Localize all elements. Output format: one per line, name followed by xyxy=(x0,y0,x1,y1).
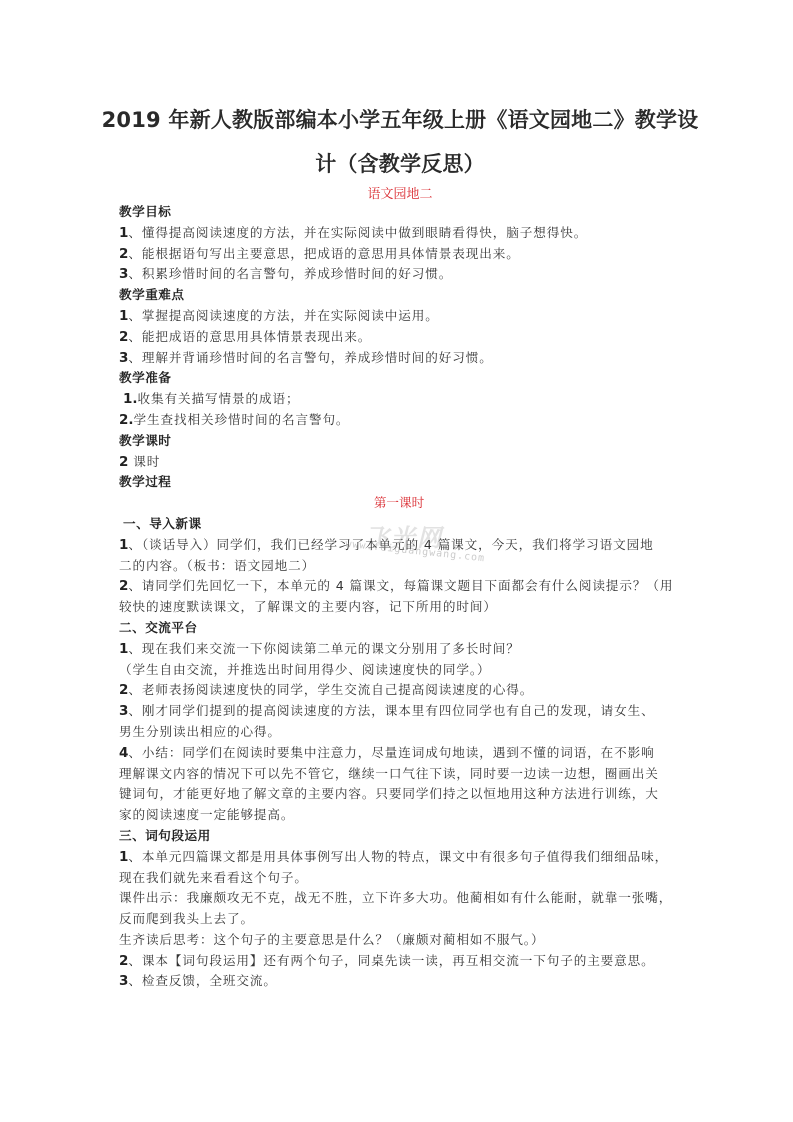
section-heading-goals: 教学目标 xyxy=(119,202,679,223)
paragraph-text: 、课本【词句段运用】还有两个句子，同桌先读一读，再互相交流一下句子的主要意思。 xyxy=(128,953,654,968)
item-number: 2. xyxy=(119,412,134,428)
part-heading-exchange: 二、交流平台 xyxy=(119,618,679,639)
paragraph-text: 、刚才同学们提到的提高阅读速度的方法，课本里有四位同学也有自己的发现，请女生、 xyxy=(128,703,654,718)
section-heading-key-points: 教学重难点 xyxy=(119,285,679,306)
item-number: 1 xyxy=(119,849,128,865)
goal-item: 1、懂得提高阅读速度的方法，并在实际阅读中做到眼睛看得快，脑子想得快。 xyxy=(119,223,679,244)
item-number: 2 xyxy=(119,578,128,594)
key-point-item: 2、能把成语的意思用具体情景表现出来。 xyxy=(119,327,679,348)
item-number: 3 xyxy=(119,703,128,719)
part-heading-intro: 一、导入新课 xyxy=(119,514,679,535)
section-heading-preparation: 教学准备 xyxy=(119,368,679,389)
periods-value: 2 课时 xyxy=(119,452,679,473)
section-heading-periods: 教学课时 xyxy=(119,431,679,452)
document-page: 2019 年新人教版部编本小学五年级上册《语文园地二》教学设 计（含教学反思） … xyxy=(0,0,793,1122)
preparation-item: 2.学生查找相关珍惜时间的名言警句。 xyxy=(119,410,679,431)
paragraph-line: 反而爬到我头上去了。 xyxy=(119,909,679,930)
item-number: 3 xyxy=(119,350,128,366)
goal-item: 3、积累珍惜时间的名言警句，养成珍惜时间的好习惯。 xyxy=(119,264,679,285)
periods-unit: 课时 xyxy=(128,454,160,469)
paragraph-text: 、现在我们来交流一下你阅读第二单元的课文分别用了多长时间？ xyxy=(128,641,519,656)
item-number: 2 xyxy=(119,329,128,345)
item-text: 、积累珍惜时间的名言警句，养成珍惜时间的好习惯。 xyxy=(128,266,452,281)
item-number: 3 xyxy=(119,973,128,989)
paragraph-text: 、检查反馈，全班交流。 xyxy=(128,973,276,988)
paragraph-line: 1、本单元四篇课文都是用具体事例写出人物的特点，课文中有很多句子值得我们细细品味… xyxy=(119,847,679,868)
paragraph-line: 4、小结：同学们在阅读时要集中注意力，尽量连词成句地读，遇到不懂的词语，在不影响 xyxy=(119,743,679,764)
paragraph-line: 理解课文内容的情况下可以先不管它，继续一口气往下读，同时要一边读一边想，圈画出关 xyxy=(119,764,679,785)
goal-item: 2、能根据语句写出主要意思，把成语的意思用具体情景表现出来。 xyxy=(119,244,679,265)
document-subtitle: 语文园地二 xyxy=(100,183,700,202)
paragraph-line: 2、课本【词句段运用】还有两个句子，同桌先读一读，再互相交流一下句子的主要意思。 xyxy=(119,951,679,972)
paragraph-line: 键词句，才能更好地了解文章的主要内容。只要同学们持之以恒地用这种方法进行训练，大 xyxy=(119,784,679,805)
paragraph-line: 3、检查反馈，全班交流。 xyxy=(119,971,679,992)
paragraph-text: 、老师表扬阅读速度快的同学，学生交流自己提高阅读速度的心得。 xyxy=(128,682,533,697)
item-text: 、掌握提高阅读速度的方法，并在实际阅读中运用。 xyxy=(128,308,438,323)
item-text: 、理解并背诵珍惜时间的名言警句，养成珍惜时间的好习惯。 xyxy=(128,350,492,365)
paragraph-text: 、本单元四篇课文都是用具体事例写出人物的特点，课文中有很多句子值得我们细细品味， xyxy=(128,849,668,864)
item-number: 3 xyxy=(119,266,128,282)
paragraph-line: （学生自由交流，并推选出时间用得少、阅读速度快的同学。） xyxy=(119,660,679,681)
paragraph-line: 2、老师表扬阅读速度快的同学，学生交流自己提高阅读速度的心得。 xyxy=(119,680,679,701)
item-number: 1 xyxy=(119,308,128,324)
item-number: 4 xyxy=(119,745,128,761)
paragraph-line: 较快的速度默读课文，了解课文的主要内容，记下所用的时间） xyxy=(119,597,679,618)
item-number: 1 xyxy=(119,641,128,657)
lesson-title: 第一课时 xyxy=(119,493,679,514)
item-text: 收集有关描写情景的成语； xyxy=(138,391,300,406)
paragraph-text: 、请同学们先回忆一下，本单元的 4 篇课文，每篇课文题目下面都会有什么阅读提示？… xyxy=(128,578,673,593)
paragraph-line: 现在我们就先来看看这个句子。 xyxy=(119,868,679,889)
document-title-line1: 2019 年新人教版部编本小学五年级上册《语文园地二》教学设 xyxy=(100,104,700,134)
paragraph-line: 2、请同学们先回忆一下，本单元的 4 篇课文，每篇课文题目下面都会有什么阅读提示… xyxy=(119,576,679,597)
item-number: 2 xyxy=(119,246,128,262)
item-text: 、能把成语的意思用具体情景表现出来。 xyxy=(128,329,371,344)
paragraph-line: 1、现在我们来交流一下你阅读第二单元的课文分别用了多长时间？ xyxy=(119,639,679,660)
paragraph-line: 1、（谈话导入）同学们，我们已经学习了本单元的 4 篇课文，今天，我们将学习语文… xyxy=(119,535,679,556)
item-number: 2 xyxy=(119,682,128,698)
item-text: 、能根据语句写出主要意思，把成语的意思用具体情景表现出来。 xyxy=(128,246,519,261)
item-text: 学生查找相关珍惜时间的名言警句。 xyxy=(134,412,350,427)
periods-number: 2 xyxy=(119,454,128,470)
item-number: 1. xyxy=(123,391,138,407)
paragraph-line: 男生分别读出相应的心得。 xyxy=(119,722,679,743)
paragraph-text: 、（谈话导入）同学们，我们已经学习了本单元的 4 篇课文，今天，我们将学习语文园… xyxy=(128,537,653,552)
paragraph-line: 课件出示：我廉颇攻无不克，战无不胜，立下许多大功。他蔺相如有什么能耐，就靠一张嘴… xyxy=(119,888,679,909)
part-heading-usage: 三、词句段运用 xyxy=(119,826,679,847)
paragraph-line: 家的阅读速度一定能够提高。 xyxy=(119,805,679,826)
paragraph-line: 二的内容。（板书：语文园地二） xyxy=(119,556,679,577)
key-point-item: 1、掌握提高阅读速度的方法，并在实际阅读中运用。 xyxy=(119,306,679,327)
item-number: 2 xyxy=(119,953,128,969)
item-number: 1 xyxy=(119,225,128,241)
paragraph-text: 、小结：同学们在阅读时要集中注意力，尽量连词成句地读，遇到不懂的词语，在不影响 xyxy=(128,745,654,760)
item-text: 、懂得提高阅读速度的方法，并在实际阅读中做到眼睛看得快，脑子想得快。 xyxy=(128,225,587,240)
section-heading-process: 教学过程 xyxy=(119,472,679,493)
document-body: 教学目标 1、懂得提高阅读速度的方法，并在实际阅读中做到眼睛看得快，脑子想得快。… xyxy=(119,202,679,992)
paragraph-line: 生齐读后思考：这个句子的主要意思是什么？（廉颇对蔺相如不服气。） xyxy=(119,930,679,951)
paragraph-line: 3、刚才同学们提到的提高阅读速度的方法，课本里有四位同学也有自己的发现，请女生、 xyxy=(119,701,679,722)
item-number: 1 xyxy=(119,537,128,553)
document-title-line2: 计（含教学反思） xyxy=(100,148,700,178)
key-point-item: 3、理解并背诵珍惜时间的名言警句，养成珍惜时间的好习惯。 xyxy=(119,348,679,369)
preparation-item: 1.收集有关描写情景的成语； xyxy=(119,389,679,410)
